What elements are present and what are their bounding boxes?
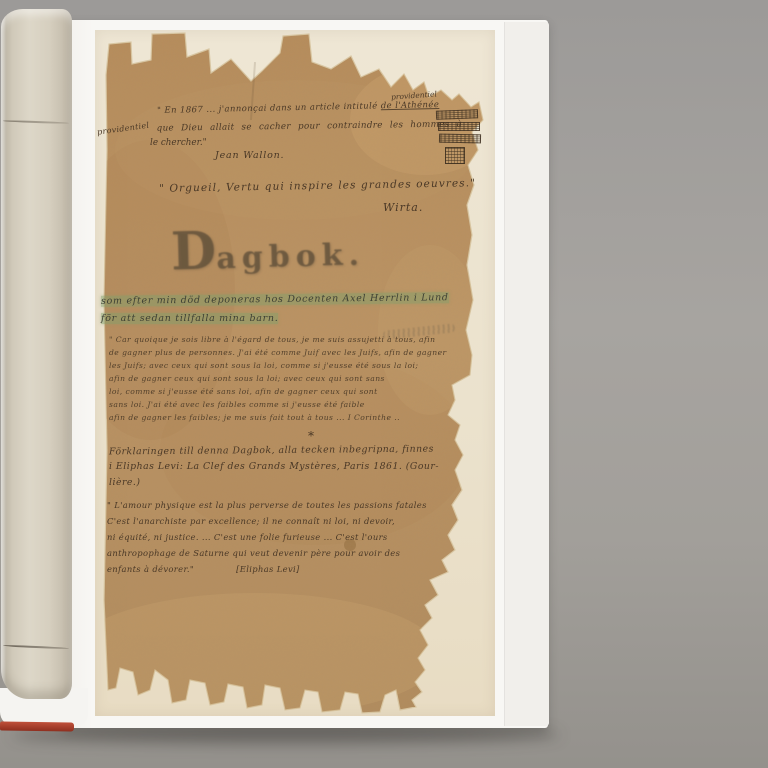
header-quote-attribution: Jean Wallon. [215,151,284,161]
scripture-line: afin de gagner les faibles; je me suis f… [109,414,400,422]
highlighted-text: för att sedan tillfalla mina barn. [101,313,278,324]
scripture-line: loi, comme si j'eusse été sans loi, afin… [109,388,378,396]
diary-title: Dagbok. [170,221,365,278]
crossed-out-scribble [438,122,480,131]
levi-quote-line: anthropophage de Saturne qui veut deveni… [107,549,400,557]
levi-quote-line: C'est l'anarchiste par excellence; il ne… [107,517,395,525]
header-quote-underlined: de l'Athénée [381,100,440,111]
page-seam [3,645,69,650]
book-drop-shadow [12,726,560,744]
motto-signature: Wirta. [383,202,423,213]
scripture-line: " Car quoique je sois libre à l'égard de… [109,336,435,344]
levi-quote-line-text: enfants à dévorer." [107,564,194,574]
scripture-line: afin de gagner ceux qui sont sous la loi… [109,375,385,383]
scripture-line: de gagner plus de personnes. J'ai été co… [109,349,447,357]
explanation-line: Förklaringen till denna Dagbok, alla tec… [109,445,434,457]
header-quote-line3: le chercher." [150,139,207,148]
page-block-edge [504,22,549,726]
page-seam [3,120,69,124]
deposit-note-line2: för att sedan tillfalla mina barn. [101,314,278,324]
title-initial: D [170,220,217,282]
crossed-out-scribble [439,134,481,144]
scripture-line: sans loi. J'ai été avec les faibles comm… [109,401,365,409]
red-cover-edge [0,721,74,731]
title-rest: agbok. [216,237,366,276]
levi-quote-attribution: [Eliphas Levi] [236,564,300,574]
section-divider-star: * [308,430,314,442]
levi-quote-lastline: enfants à dévorer."[Eliphas Levi] [107,565,300,573]
curled-left-pages [1,9,72,699]
photograph-of-open-book: providentiel " En 1867 ... j'annonçai da… [0,0,768,768]
boxed-symbol [445,147,465,164]
explanation-line: lière.) [109,478,140,487]
scripture-line: les Juifs; avec ceux qui sont sous la lo… [109,362,418,370]
facsimile-page: providentiel " En 1867 ... j'annonçai da… [95,30,495,716]
crossed-out-scribble [436,109,478,119]
levi-quote-line: ni équité, ni justice. ... C'est une fol… [107,533,388,541]
levi-quote-line: " L'amour physique est la plus perverse … [107,501,427,509]
explanation-line: i Eliphas Levi: La Clef des Grands Mystè… [109,462,439,471]
